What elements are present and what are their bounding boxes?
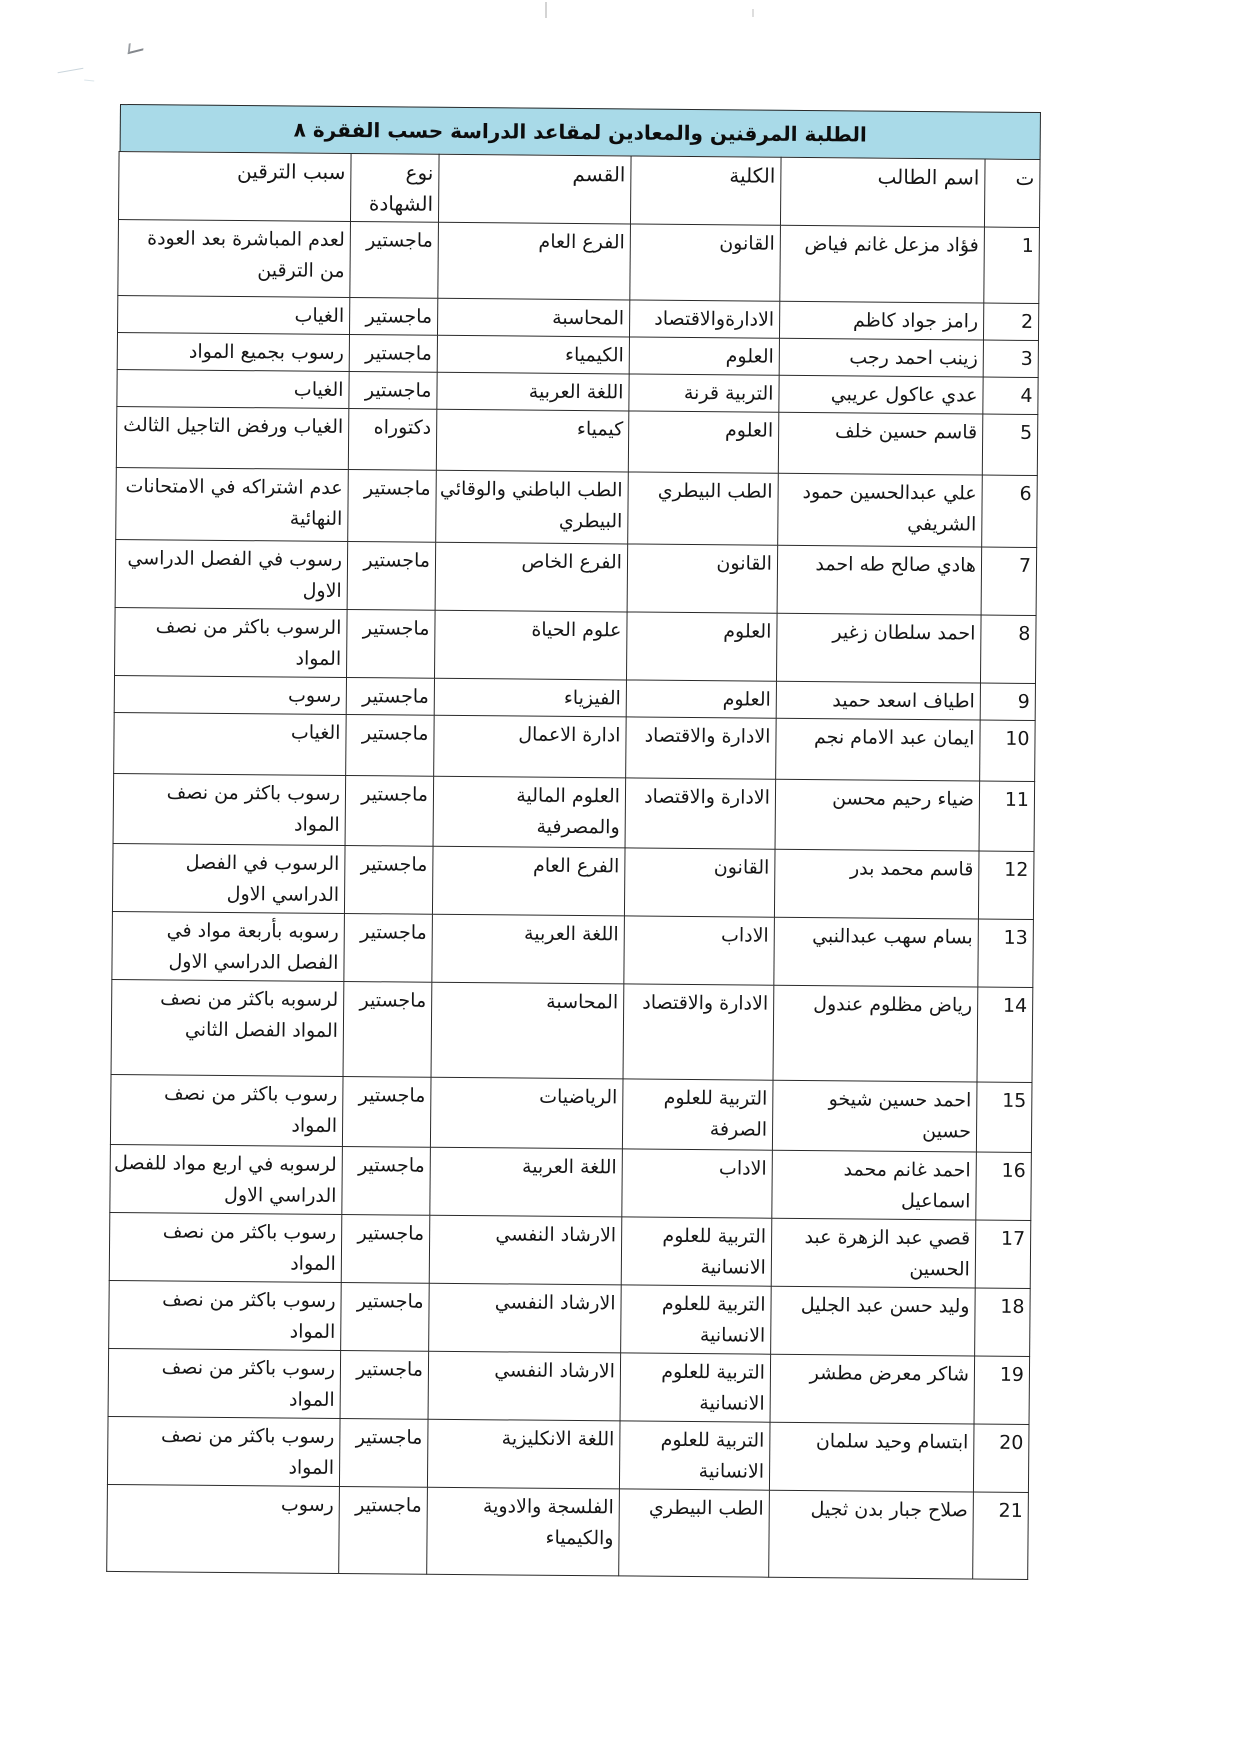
cell-certificate-type: ماجستير <box>344 845 433 914</box>
cell-college: القانون <box>624 848 775 917</box>
students-table: ت اسم الطالب الكلية القسم نوع الشهادة سب… <box>106 151 1040 1580</box>
cell-college: التربية للعلوم الانسانية <box>621 1217 772 1286</box>
table-header: ت اسم الطالب الكلية القسم نوع الشهادة سب… <box>118 151 1040 227</box>
scan-artifact-tick <box>752 9 754 17</box>
cell-college: الاداب <box>624 916 775 985</box>
cell-certificate-type: ماجستير <box>347 542 436 611</box>
header-college: الكلية <box>630 156 781 225</box>
cell-number: 21 <box>973 1492 1029 1579</box>
cell-number: 7 <box>981 547 1037 615</box>
cell-college: الطب البيطري <box>619 1489 770 1577</box>
cell-student-name: صلاح جبار بدن ثجيل <box>769 1490 974 1579</box>
cell-certificate-type: ماجستير <box>343 981 432 1077</box>
cell-number: 20 <box>973 1424 1029 1492</box>
cell-student-name: فؤاد مزعل غانم فياض <box>780 225 985 303</box>
cell-college: العلوم <box>626 612 777 681</box>
cell-dismissal-reason: رسوب <box>107 1484 340 1573</box>
cell-number: 11 <box>979 781 1035 851</box>
scan-artifact-scribble <box>128 40 145 54</box>
cell-college: التربية قرنة <box>629 374 779 412</box>
cell-department: المحاسبة <box>437 298 629 337</box>
cell-student-name: احمد سلطان زغير <box>776 613 981 683</box>
cell-certificate-type: ماجستير <box>346 714 435 776</box>
cell-certificate-type: ماجستير <box>349 298 437 336</box>
cell-certificate-type: ماجستير <box>344 913 433 982</box>
cell-student-name: قاسم محمد بدر <box>774 849 979 919</box>
cell-certificate-type: ماجستير <box>348 470 437 543</box>
cell-certificate-type: ماجستير <box>342 1076 431 1147</box>
cell-dismissal-reason: رسوب في الفصل الدراسي الاول <box>115 539 348 609</box>
cell-certificate-type: ماجستير <box>346 677 434 715</box>
table-row: 13 بسام سهب عبدالنبي الاداب اللغة العربي… <box>112 911 1034 987</box>
cell-student-name: زينب احمد رجب <box>779 338 983 377</box>
cell-department: الفرع الخاص <box>435 542 628 612</box>
table-row: 17 قصي عبد الزهرة عبد الحسين التربية للع… <box>109 1212 1031 1288</box>
cell-certificate-type: ماجستير <box>341 1282 430 1351</box>
table-row: 18 وليد حسن عبد الجليل التربية للعلوم ال… <box>109 1280 1031 1356</box>
cell-student-name: هادي صالح طه احمد <box>777 545 982 615</box>
table-row: 12 قاسم محمد بدر القانون الفرع العام ماج… <box>112 843 1034 919</box>
cell-student-name: ضياء رحيم محسن <box>775 779 980 851</box>
cell-student-name: بسام سهب عبدالنبي <box>774 917 979 987</box>
students-dismissal-document: الطلبة المرقنين والمعادين لمقاعد الدراسة… <box>107 104 1041 1580</box>
cell-student-name: قاسم حسين خلف <box>778 412 983 475</box>
cell-college: الادارة والاقتصاد <box>625 778 776 849</box>
cell-number: 9 <box>980 683 1035 720</box>
cell-department: الفلسجة والادوية والكيمياء <box>427 1487 620 1576</box>
cell-number: 15 <box>976 1082 1032 1152</box>
cell-student-name: عدي عاكول عريبي <box>779 375 983 414</box>
cell-dismissal-reason: رسوب باكثر من نصف المواد <box>109 1212 342 1282</box>
cell-student-name: ايمان عبد الامام نجم <box>776 718 981 781</box>
cell-student-name: شاكر معرض مطشر <box>770 1354 975 1424</box>
cell-number: 3 <box>983 340 1038 377</box>
students-table-body: 1 فؤاد مزعل غانم فياض القانون الفرع العا… <box>107 219 1040 1579</box>
cell-number: 13 <box>978 919 1034 987</box>
cell-dismissal-reason: الرسوب باكثر من نصف المواد <box>115 607 348 677</box>
cell-student-name: قصي عبد الزهرة عبد الحسين <box>771 1218 976 1288</box>
cell-student-name: رامز جواد كاظم <box>779 301 983 340</box>
header-student-name: اسم الطالب <box>780 157 985 227</box>
table-row: 15 احمد حسين شيخو حسين التربية للعلوم ال… <box>110 1074 1032 1152</box>
scan-artifact-smudge <box>58 68 85 79</box>
cell-number: 10 <box>980 720 1036 781</box>
cell-department: الطب الباطني والوقائي البيطري <box>436 470 629 544</box>
document-title: الطلبة المرقنين والمعادين لمقاعد الدراسة… <box>120 104 1041 159</box>
cell-certificate-type: ماجستير <box>339 1486 428 1574</box>
cell-student-name: علي عبدالحسين حمود الشريفي <box>778 473 983 547</box>
cell-student-name: ابتسام وحيد سلمان <box>769 1422 974 1492</box>
cell-dismissal-reason: رسوب <box>114 675 346 714</box>
cell-certificate-type: ماجستير <box>349 372 437 410</box>
cell-department: اللغة العربية <box>437 372 629 411</box>
cell-student-name: احمد حسين شيخو حسين <box>772 1080 977 1152</box>
cell-dismissal-reason: الرسوب في الفصل الدراسي الاول <box>112 843 345 913</box>
cell-college: التربية للعلوم الانسانية <box>621 1285 772 1354</box>
cell-dismissal-reason: الغياب <box>118 295 350 334</box>
table-row: 19 شاكر معرض مطشر التربية للعلوم الانسان… <box>108 1348 1030 1424</box>
cell-number: 19 <box>974 1356 1030 1424</box>
cell-dismissal-reason: عدم اشتراكه في الامتحانات النهائية <box>116 467 349 541</box>
cell-department: الارشاد النفسي <box>429 1215 622 1285</box>
cell-number: 1 <box>984 227 1040 303</box>
cell-dismissal-reason: رسوب باكثر من نصف المواد <box>110 1074 343 1146</box>
cell-department: اللغة العربية <box>430 1147 623 1217</box>
cell-department: علوم الحياة <box>435 610 628 680</box>
cell-dismissal-reason: رسوب باكثر من نصف المواد <box>113 773 346 845</box>
cell-department: اللغة العربية <box>432 914 625 984</box>
cell-department: الفرع العام <box>432 846 625 916</box>
cell-dismissal-reason: رسوبه بأربعة مواد في الفصل الدراسي الاول <box>112 911 345 981</box>
cell-student-name: رياض مظلوم عندول <box>773 985 978 1082</box>
cell-student-name: اطياف اسعد حميد <box>776 681 980 720</box>
cell-dismissal-reason: الغياب <box>114 712 347 775</box>
table-row: 7 هادي صالح طه احمد القانون الفرع الخاص … <box>115 539 1037 615</box>
cell-certificate-type: ماجستير <box>342 1146 431 1215</box>
table-row: 6 علي عبدالحسين حمود الشريفي الطب البيطر… <box>116 467 1038 547</box>
cell-department: الكيمياء <box>437 335 629 374</box>
cell-certificate-type: ماجستير <box>339 1418 428 1487</box>
table-header-row: ت اسم الطالب الكلية القسم نوع الشهادة سب… <box>118 151 1040 227</box>
cell-college: التربية للعلوم الانسانية <box>619 1421 770 1490</box>
cell-dismissal-reason: لرسوبه في اربع مواد للفصل الدراسي الاول <box>110 1144 343 1214</box>
scanned-document-page: { "document": { "title": "الطلبة المرقني… <box>0 0 1237 1752</box>
cell-college: العلوم <box>626 680 776 718</box>
cell-department: ادارة الاعمال <box>434 715 627 778</box>
cell-college: الطب البيطري <box>628 472 779 545</box>
cell-college: القانون <box>627 544 778 613</box>
cell-college: القانون <box>630 224 781 301</box>
cell-number: 12 <box>978 851 1034 919</box>
header-department: القسم <box>438 154 631 224</box>
table-row: 10 ايمان عبد الامام نجم الادارة والاقتصا… <box>114 712 1035 781</box>
cell-certificate-type: ماجستير <box>341 1214 430 1283</box>
cell-certificate-type: ماجستير <box>350 222 439 299</box>
cell-number: 8 <box>980 615 1036 683</box>
header-number: ت <box>984 159 1040 227</box>
table-row: 8 احمد سلطان زغير العلوم علوم الحياة ماج… <box>115 607 1037 683</box>
cell-number: 16 <box>976 1152 1032 1220</box>
scan-artifact-tick <box>545 2 547 18</box>
scan-artifact-smudge <box>84 79 94 85</box>
cell-number: 2 <box>983 303 1038 340</box>
cell-department: اللغة الانكليزية <box>427 1419 620 1489</box>
cell-number: 6 <box>982 475 1038 547</box>
cell-student-name: وليد حسن عبد الجليل <box>771 1286 976 1356</box>
cell-dismissal-reason: رسوب باكثر من نصف المواد <box>109 1280 342 1350</box>
cell-number: 18 <box>975 1288 1031 1356</box>
cell-number: 5 <box>982 414 1038 475</box>
header-dismissal-reason: سبب الترقين <box>118 151 351 221</box>
cell-dismissal-reason: الغياب ورفض التاجيل الثالث <box>116 406 349 469</box>
cell-dismissal-reason: لعدم المباشرة بعد العودة من الترقين <box>118 219 351 297</box>
cell-certificate-type: ماجستير <box>347 610 436 679</box>
cell-college: التربية للعلوم الصرفة <box>622 1079 773 1150</box>
header-certificate-type: نوع الشهادة <box>350 154 439 223</box>
cell-dismissal-reason: رسوب باكثر من نصف المواد <box>107 1416 340 1486</box>
cell-certificate-type: ماجستير <box>349 335 437 373</box>
cell-college: الاداب <box>622 1149 773 1218</box>
cell-department: كيمياء <box>436 409 629 472</box>
cell-number: 14 <box>977 987 1033 1082</box>
cell-college: العلوم <box>628 411 779 473</box>
table-row: 21 صلاح جبار بدن ثجيل الطب البيطري الفلس… <box>107 1484 1029 1579</box>
cell-number: 17 <box>975 1220 1031 1288</box>
table-row: 16 احمد غانم محمد اسماعيل الاداب اللغة ا… <box>110 1144 1032 1220</box>
table-row: 11 ضياء رحيم محسن الادارة والاقتصاد العل… <box>113 773 1035 851</box>
cell-department: الرياضيات <box>430 1077 623 1149</box>
table-row: 20 ابتسام وحيد سلمان التربية للعلوم الان… <box>107 1416 1029 1492</box>
cell-college: التربية للعلوم الانسانية <box>620 1353 771 1422</box>
cell-college: الادارةوالاقتصاد <box>629 300 779 338</box>
cell-college: الادارة والاقتصاد <box>626 717 777 779</box>
cell-certificate-type: ماجستير <box>345 775 434 846</box>
cell-dismissal-reason: رسوب باكثر من نصف المواد <box>108 1348 341 1418</box>
cell-college: العلوم <box>629 337 779 375</box>
cell-department: العلوم المالية والمصرفية <box>433 776 626 848</box>
cell-department: الفيزياء <box>434 678 626 717</box>
cell-dismissal-reason: لرسوبه باكثر من نصف المواد الفصل الثاني <box>111 979 344 1076</box>
cell-college: الادارة والاقتصاد <box>623 984 774 1080</box>
cell-dismissal-reason: رسوب بجميع المواد <box>117 332 349 371</box>
cell-certificate-type: ماجستير <box>340 1350 429 1419</box>
cell-department: المحاسبة <box>431 982 624 1079</box>
cell-student-name: احمد غانم محمد اسماعيل <box>772 1150 977 1220</box>
cell-certificate-type: دكتوراه <box>348 409 437 471</box>
table-row: 5 قاسم حسين خلف العلوم كيمياء دكتوراه ال… <box>116 406 1037 475</box>
cell-department: الارشاد النفسي <box>429 1283 622 1353</box>
cell-number: 4 <box>983 377 1038 414</box>
table-row: 1 فؤاد مزعل غانم فياض القانون الفرع العا… <box>118 219 1040 303</box>
cell-department: الفرع العام <box>438 222 631 300</box>
table-row: 14 رياض مظلوم عندول الادارة والاقتصاد ال… <box>111 979 1033 1082</box>
cell-department: الارشاد النفسي <box>428 1351 621 1421</box>
cell-dismissal-reason: الغياب <box>117 369 349 408</box>
